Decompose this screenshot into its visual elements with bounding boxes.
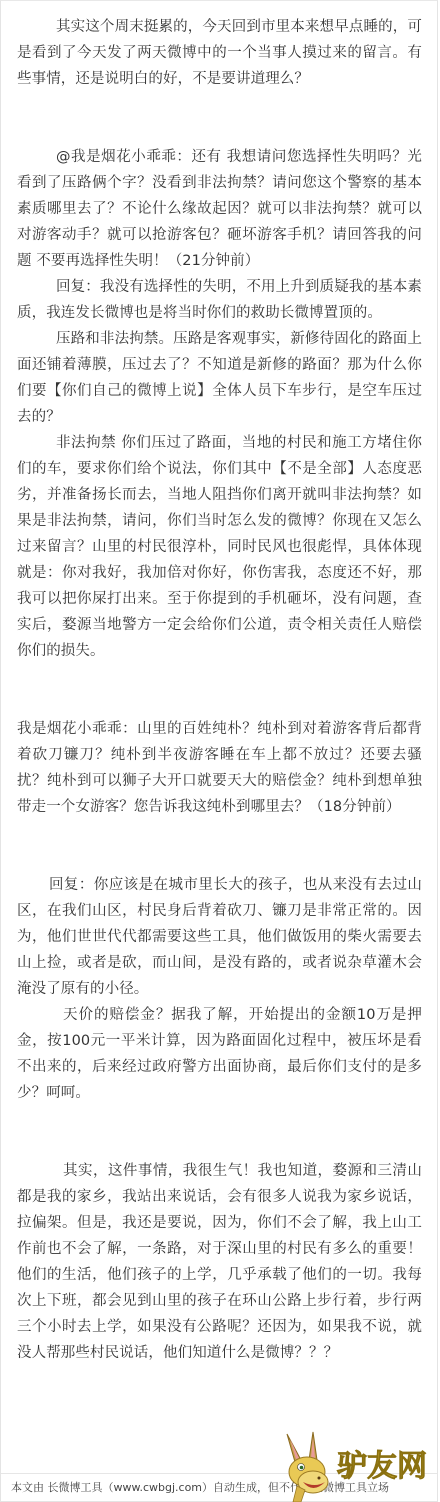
watermark-logo: 驴友网 xyxy=(275,1430,440,1502)
paragraph-reply-1: 回复：我没有选择性的失明，不用上升到质疑我的基本素质，我连发长微博也是将当时你们… xyxy=(17,274,422,326)
long-weibo-page: 其实这个周末挺累的，今天回到市里本来想早点睡的，可是看到了今天发了两天微博中的一… xyxy=(0,0,438,1502)
paragraph-comment-1: @我是烟花小乖乖：还有 我想请问您选择性失明吗？光看到了压路俩个字？没看到非法拘… xyxy=(17,144,422,274)
paragraph-comment-2: 我是烟花小乖乖：山里的百姓纯朴？纯朴到对着游客背后都背着砍刀镰刀？纯朴到半夜游客… xyxy=(17,716,422,820)
paragraph-reply-2: 回复：你应该是在城市里长大的孩子，也从来没有去过山区，在我们山区，村民身后背着砍… xyxy=(17,872,422,1002)
paragraph-conclusion: 其实，这件事情，我很生气！我也知道，婺源和三清山都是我的家乡，我站出来说话，会有… xyxy=(17,1158,422,1366)
paragraph-detention: 非法拘禁 你们压过了路面，当地的村民和施工方堵住你们的车，要求你们给个说法，你们… xyxy=(17,430,422,664)
paragraph-road-damage: 压路和非法拘禁。压路是客观事实，新修待固化的路面上面还铺着薄膜，压过去了？不知道… xyxy=(17,326,422,430)
watermark-brand-text: 驴友网 xyxy=(336,1449,427,1484)
paragraph-compensation: 天价的赔偿金？据我了解，开始提出的金额10万是押金，按100元一平米计算，因为路… xyxy=(17,1002,422,1106)
article-body: 其实这个周末挺累的，今天回到市里本来想早点睡的，可是看到了今天发了两天微博中的一… xyxy=(17,1,422,1366)
donkey-mascot-icon: 驴友网 xyxy=(275,1430,440,1502)
paragraph-intro: 其实这个周末挺累的，今天回到市里本来想早点睡的，可是看到了今天发了两天微博中的一… xyxy=(17,14,422,92)
